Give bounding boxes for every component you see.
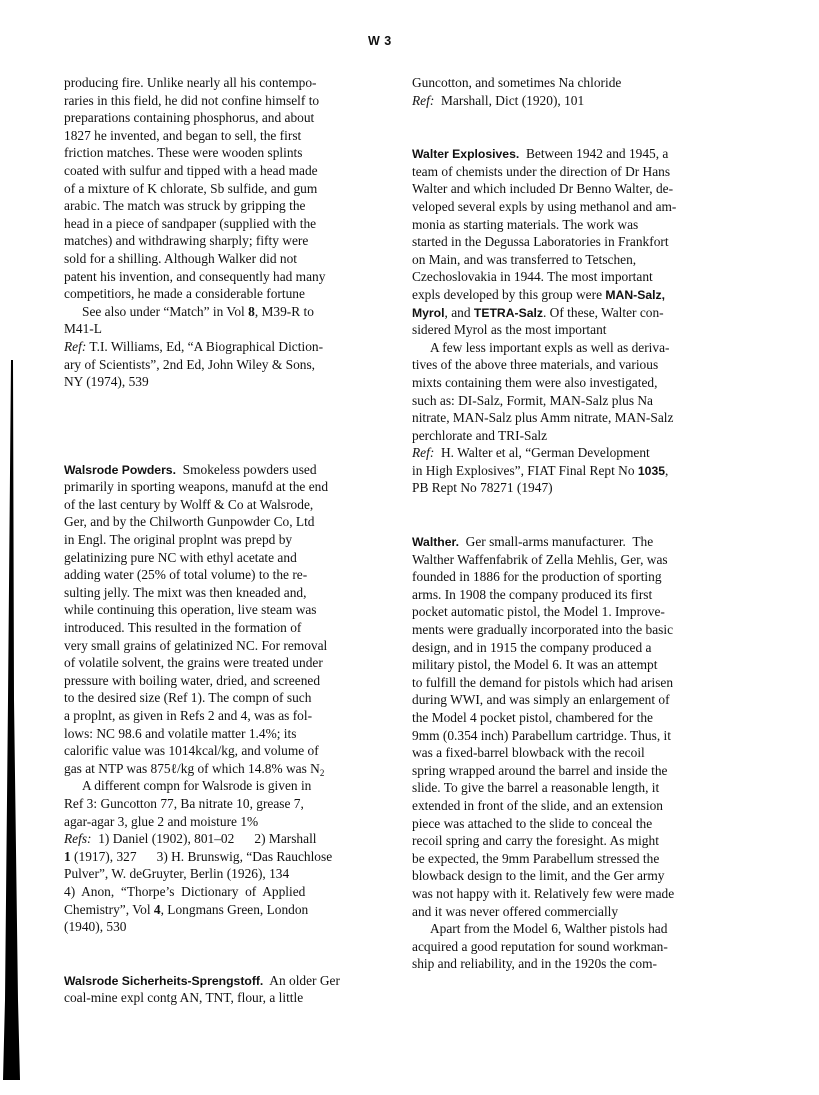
- text-line: arabic. The match was struck by gripping…: [64, 197, 364, 215]
- reference-line: Ref: H. Walter et al, “German Developmen…: [412, 444, 712, 462]
- entry-first-line: Walsrode Sicherheits-Sprengstoff. An old…: [64, 972, 364, 990]
- text-line: nitrate, MAN-Salz plus Amm nitrate, MAN-…: [412, 409, 712, 427]
- text-line: sulting jelly. The mixt was then kneaded…: [64, 584, 364, 602]
- text-line: arms. In 1908 the company produced its f…: [412, 586, 712, 604]
- reference-line: PB Rept No 78271 (1947): [412, 479, 712, 497]
- text-line: coal-mine expl contg AN, TNT, flour, a l…: [64, 989, 364, 1007]
- text-line: the Model 4 pocket pistol, chambered for…: [412, 709, 712, 727]
- text-line: monia as starting materials. The work wa…: [412, 216, 712, 234]
- explosive-name: TETRA-Salz: [474, 306, 543, 320]
- entry-walther: Walther. Ger small-arms manufacturer. Th…: [412, 533, 712, 973]
- entry-first-line: Walter Explosives. Between 1942 and 1945…: [412, 145, 712, 163]
- text-line: spring wrapped around the barrel and ins…: [412, 762, 712, 780]
- right-column: Guncotton, and sometimes Na chloride Ref…: [412, 74, 712, 973]
- text-line: was a fixed-barrel blowback with the rec…: [412, 744, 712, 762]
- text-line: head in a piece of sandpaper (supplied w…: [64, 215, 364, 233]
- refs-label: Refs:: [64, 831, 92, 846]
- text-line: during WWI, and was simply an enlargemen…: [412, 691, 712, 709]
- text-line: pocket automatic pistol, the Model 1. Im…: [412, 603, 712, 621]
- text-line: A few less important expls as well as de…: [412, 339, 712, 357]
- text-line: extended in front of the slide, and an e…: [412, 797, 712, 815]
- text-line: to the desired size (Ref 1). The compn o…: [64, 689, 364, 707]
- explosive-name: MAN-Salz,: [605, 288, 665, 302]
- ref-label: Ref:: [412, 93, 434, 108]
- text-line: Guncotton, and sometimes Na chloride: [412, 74, 712, 92]
- text-line: piece was attached to the slide to conce…: [412, 815, 712, 833]
- text-line: agar-agar 3, glue 2 and moisture 1%: [64, 813, 364, 831]
- text-line: Walther Waffenfabrik of Zella Mehlis, Ge…: [412, 551, 712, 569]
- text-line: primarily in sporting weapons, manufd at…: [64, 478, 364, 496]
- text-line: producing fire. Unlike nearly all his co…: [64, 74, 364, 92]
- entry-walker-continuation: producing fire. Unlike nearly all his co…: [64, 74, 364, 391]
- page-number-header: W 3: [368, 34, 392, 48]
- text-line: A different compn for Walsrode is given …: [64, 777, 364, 795]
- text-line: gelatinizing pure NC with ethyl acetate …: [64, 549, 364, 567]
- text-line: such as: DI-Salz, Formit, MAN-Salz plus …: [412, 392, 712, 410]
- text-line: matches) and withdrawing sharply; fifty …: [64, 232, 364, 250]
- text-line: patent his invention, and consequently h…: [64, 268, 364, 286]
- text-line: while continuing this operation, live st…: [64, 601, 364, 619]
- text-line: Apart from the Model 6, Walther pistols …: [412, 920, 712, 938]
- text-line: 9mm (0.354 inch) Parabellum cartridge. T…: [412, 727, 712, 745]
- references-line: Refs: 1) Daniel (1902), 801–02 2) Marsha…: [64, 830, 364, 848]
- text-line: friction matches. These were wooden spli…: [64, 144, 364, 162]
- text-line: Ref 3: Guncotton 77, Ba nitrate 10, grea…: [64, 795, 364, 813]
- left-column: producing fire. Unlike nearly all his co…: [64, 74, 364, 1007]
- volume-number: 8: [248, 304, 255, 319]
- text-line: team of chemists under the direction of …: [412, 163, 712, 181]
- text-line: mixts containing them were also investig…: [412, 374, 712, 392]
- references-line: (1940), 530: [64, 918, 364, 936]
- text-line: military pistol, the Model 6. It was an …: [412, 656, 712, 674]
- text-line: competitiors, he made a considerable for…: [64, 285, 364, 303]
- reference-line: Ref: Marshall, Dict (1920), 101: [412, 92, 712, 110]
- text-line: veloped several expls by using methanol …: [412, 198, 712, 216]
- text-line: pressure with boiling water, dried, and …: [64, 672, 364, 690]
- text-line: design, and in 1915 the company produced…: [412, 639, 712, 657]
- text-line: in Engl. The original proplnt was prepd …: [64, 531, 364, 549]
- entry-heading: Walsrode Powders.: [64, 463, 176, 477]
- entry-first-line: Walther. Ger small-arms manufacturer. Th…: [412, 533, 712, 551]
- explosive-name: Myrol: [412, 306, 445, 320]
- ref-label: Ref:: [412, 445, 434, 460]
- text-line: be expected, the 9mm Parabellum stressed…: [412, 850, 712, 868]
- scan-edge-artifact: [0, 0, 24, 1095]
- text-line: introduced. This resulted in the formati…: [64, 619, 364, 637]
- entry-sicherheits-continuation: Guncotton, and sometimes Na chloride Ref…: [412, 74, 712, 109]
- references-line: Pulver”, W. deGruyter, Berlin (1926), 13…: [64, 865, 364, 883]
- text-line: started in the Degussa Laboratories in F…: [412, 233, 712, 251]
- text-line: tives of the above three materials, and …: [412, 356, 712, 374]
- entry-first-line: Walsrode Powders. Smokeless powders used: [64, 461, 364, 479]
- text-line: sidered Myrol as the most important: [412, 321, 712, 339]
- text-line: 1827 he invented, and began to sell, the…: [64, 127, 364, 145]
- reference-line: Ref: T.I. Williams, Ed, “A Biographical …: [64, 338, 364, 356]
- reference-line: in High Explosives”, FIAT Final Rept No …: [412, 462, 712, 480]
- text-line: ments were gradually incorporated into t…: [412, 621, 712, 639]
- text-line: of the last century by Wolff & Co at Wal…: [64, 496, 364, 514]
- text-line: expls developed by this group were MAN-S…: [412, 286, 712, 304]
- text-line: and it was never offered commercially: [412, 903, 712, 921]
- text-line: M41-L: [64, 320, 364, 338]
- text-line: very small grains of gelatinized NC. For…: [64, 637, 364, 655]
- text-line: Ger, and by the Chilworth Gunpowder Co, …: [64, 513, 364, 531]
- entry-heading: Walter Explosives.: [412, 147, 519, 161]
- text-line: lows: NC 98.6 and volatile matter 1.4%; …: [64, 725, 364, 743]
- text-line: ship and reliability, and in the 1920s t…: [412, 955, 712, 973]
- text-line: founded in 1886 for the production of sp…: [412, 568, 712, 586]
- text-line: slide. To give the barrel a reasonable l…: [412, 779, 712, 797]
- text-line: Walter and which included Dr Benno Walte…: [412, 180, 712, 198]
- text-line: was not happy with it. Relatively few we…: [412, 885, 712, 903]
- text-line: gas at NTP was 875ℓ/kg of which 14.8% wa…: [64, 760, 364, 778]
- subscript: 2: [320, 768, 325, 778]
- text-line: Czechoslovakia in 1944. The most importa…: [412, 268, 712, 286]
- text-line: preparations containing phosphorus, and …: [64, 109, 364, 127]
- text-line: sold for a shilling. Although Walker did…: [64, 250, 364, 268]
- text-line: adding water (25% of total volume) to th…: [64, 566, 364, 584]
- text-line: raries in this field, he did not confine…: [64, 92, 364, 110]
- references-line: 1 (1917), 327 3) H. Brunswig, “Das Rauch…: [64, 848, 364, 866]
- text-line: perchlorate and TRI-Salz: [412, 427, 712, 445]
- text-line: blowback design to the limit, and the Ge…: [412, 867, 712, 885]
- ref-label: Ref:: [64, 339, 86, 354]
- text-line: acquired a good reputation for sound wor…: [412, 938, 712, 956]
- text-line: of volatile solvent, the grains were tre…: [64, 654, 364, 672]
- text-line: a proplnt, as given in Refs 2 and 4, was…: [64, 707, 364, 725]
- text-line: to fulfill the demand for pistols which …: [412, 674, 712, 692]
- text-line: Myrol, and TETRA-Salz. Of these, Walter …: [412, 304, 712, 322]
- text-line: coated with sulfur and tipped with a hea…: [64, 162, 364, 180]
- see-also-line: See also under “Match” in Vol 8, M39-R t…: [64, 303, 364, 321]
- entry-walsrode-powders: Walsrode Powders. Smokeless powders used…: [64, 461, 364, 936]
- text-line: of a mixture of K chlorate, Sb sulfide, …: [64, 180, 364, 198]
- references-line: 4) Anon, “Thorpe’s Dictionary of Applied: [64, 883, 364, 901]
- entry-heading: Walsrode Sicherheits-Sprengstoff.: [64, 974, 263, 988]
- entry-walter-explosives: Walter Explosives. Between 1942 and 1945…: [412, 145, 712, 497]
- text-line: calorific value was 1014kcal/kg, and vol…: [64, 742, 364, 760]
- entry-heading: Walther.: [412, 535, 459, 549]
- text-line: recoil spring and carry the foresight. A…: [412, 832, 712, 850]
- text-line: on Main, and was transferred to Tetschen…: [412, 251, 712, 269]
- references-line: Chemistry”, Vol 4, Longmans Green, Londo…: [64, 901, 364, 919]
- reference-line: ary of Scientists”, 2nd Ed, John Wiley &…: [64, 356, 364, 374]
- reference-line: NY (1974), 539: [64, 373, 364, 391]
- entry-walsrode-sicherheits: Walsrode Sicherheits-Sprengstoff. An old…: [64, 972, 364, 1007]
